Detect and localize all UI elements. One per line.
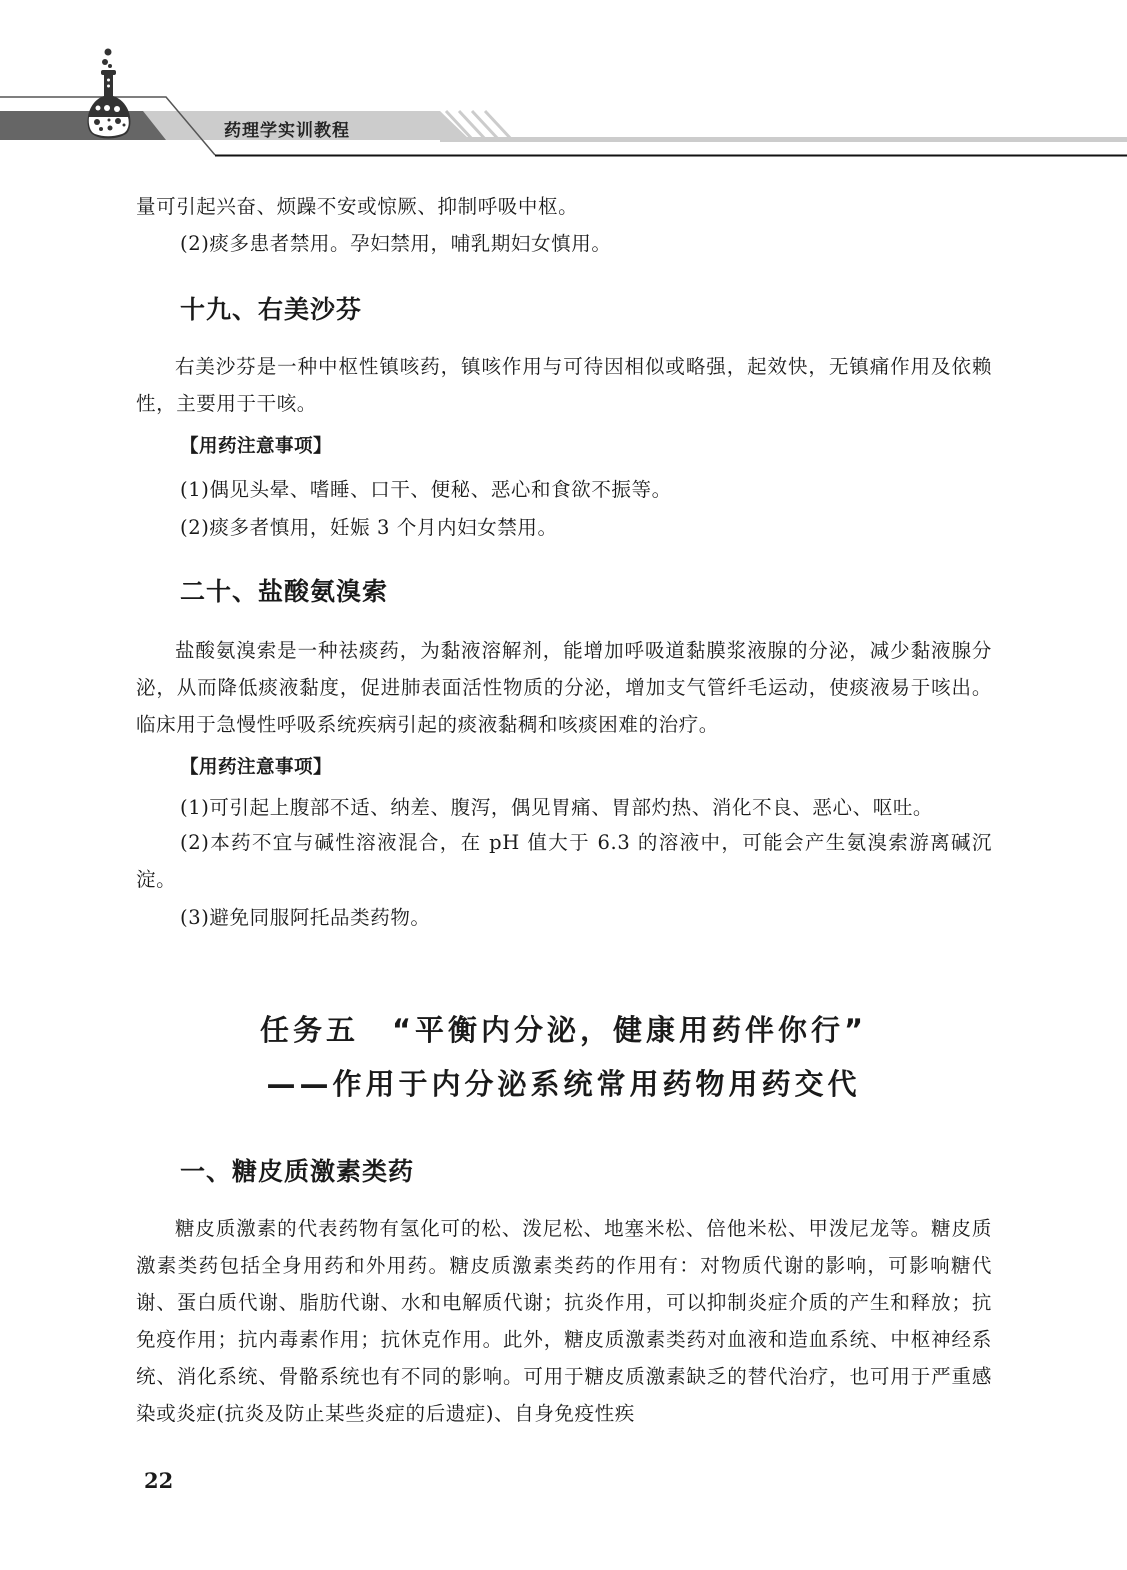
list-item: (3)避免同服阿托品类药物。 — [180, 902, 431, 930]
list-item: (2)本药不宜与碱性溶液混合，在 pH 值大于 6.3 的溶液中，可能会产生氨溴… — [136, 824, 992, 898]
section-1-paragraph: 糖皮质激素的代表药物有氢化可的松、泼尼松、地塞米松、倍他米松、甲泼尼龙等。糖皮质… — [136, 1210, 992, 1432]
usage-notes-label: 【用药注意事项】 — [180, 753, 332, 779]
list-item: (2)痰多患者禁用。孕妇禁用，哺乳期妇女慎用。 — [180, 228, 611, 256]
section-heading-1: 一、糖皮质激素类药 — [180, 1152, 414, 1188]
page-number: 22 — [144, 1468, 173, 1493]
task-title-line-1: 任务五 “平衡内分泌，健康用药伴你行” — [0, 1008, 1127, 1049]
list-item: (2)痰多者慎用，妊娠 3 个月内妇女禁用。 — [180, 512, 558, 540]
header-decoration — [0, 0, 1127, 170]
section-heading-20: 二十、盐酸氨溴索 — [180, 572, 388, 608]
section-heading-19: 十九、右美沙芬 — [180, 290, 362, 326]
running-title: 药理学实训教程 — [224, 116, 350, 141]
page-header: 药理学实训教程 — [0, 0, 1127, 170]
list-item: (1)偶见头晕、嗜睡、口干、便秘、恶心和食欲不振等。 — [180, 474, 672, 502]
paragraph-continued: 量可引起兴奋、烦躁不安或惊厥、抑制呼吸中枢。 — [136, 188, 992, 225]
flask-icon — [88, 49, 131, 139]
list-item: (1)可引起上腹部不适、纳差、腹泻，偶见胃痛、胃部灼热、消化不良、恶心、呕吐。 — [180, 792, 933, 820]
usage-notes-label: 【用药注意事项】 — [180, 432, 332, 458]
section-19-paragraph: 右美沙芬是一种中枢性镇咳药，镇咳作用与可待因相似或略强，起效快，无镇痛作用及依赖… — [136, 348, 992, 422]
task-title-line-2: ——作用于内分泌系统常用药物用药交代 — [0, 1062, 1127, 1103]
section-20-paragraph: 盐酸氨溴索是一种祛痰药，为黏液溶解剂，能增加呼吸道黏膜浆液腺的分泌，减少黏液腺分… — [136, 632, 992, 743]
